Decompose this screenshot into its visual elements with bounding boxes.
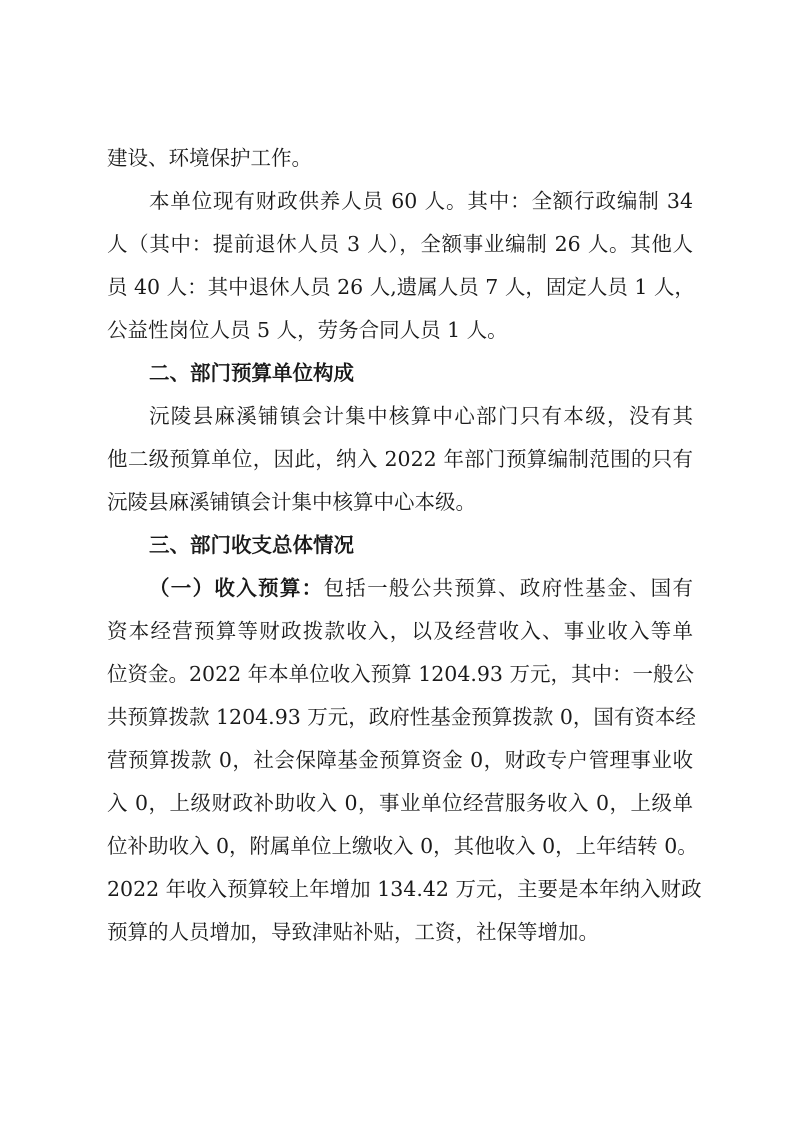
text-line: 沅陵县麻溪铺镇会计集中核算中心部门只有本级，没有其 <box>149 400 693 432</box>
text-line: 资本经营预算等财政拨款收入，以及经营收入、事业收入等单 <box>107 615 693 647</box>
section-heading: 三、部门收支总体情况 <box>149 529 693 561</box>
text-line: 位资金。2022 年本单位收入预算 1204.93 万元，其中：一般公 <box>107 658 693 690</box>
section-heading: 二、部门预算单位构成 <box>149 357 693 389</box>
text-line: 沅陵县麻溪铺镇会计集中核算中心本级。 <box>107 486 693 518</box>
text-line: 位补助收入 0，附属单位上缴收入 0，其他收入 0，上年结转 0。 <box>107 830 693 862</box>
subsection-first-line: （一）收入预算：包括一般公共预算、政府性基金、国有 <box>149 572 693 604</box>
text-line: 本单位现有财政供养人员 60 人。其中：全额行政编制 34 <box>149 185 693 217</box>
text-line: 共预算拨款 1204.93 万元，政府性基金预算拨款 0，国有资本经 <box>107 701 693 733</box>
document-page: 建设、环境保护工作。 本单位现有财政供养人员 60 人。其中：全额行政编制 34… <box>0 0 793 1122</box>
text-line: 建设、环境保护工作。 <box>107 142 693 174</box>
subsection-label: （一）收入预算： <box>149 576 324 600</box>
text-line: 人（其中：提前退休人员 3 人），全额事业编制 26 人。其他人 <box>107 228 693 260</box>
text-line: 预算的人员增加，导致津贴补贴，工资，社保等增加。 <box>107 916 693 948</box>
text-line: 员 40 人：其中退休人员 26 人,遗属人员 7 人，固定人员 1 人， <box>107 271 693 303</box>
text-line: 营预算拨款 0，社会保障基金预算资金 0，财政专户管理事业收 <box>107 744 693 776</box>
text-line: 公益性岗位人员 5 人，劳务合同人员 1 人。 <box>107 314 693 346</box>
text-line: 2022 年收入预算较上年增加 134.42 万元，主要是本年纳入财政 <box>107 873 693 905</box>
text-span: 包括一般公共预算、政府性基金、国有 <box>324 576 694 600</box>
text-line: 他二级预算单位，因此，纳入 2022 年部门预算编制范围的只有 <box>107 443 693 475</box>
text-line: 入 0，上级财政补助收入 0，事业单位经营服务收入 0，上级单 <box>107 787 693 819</box>
